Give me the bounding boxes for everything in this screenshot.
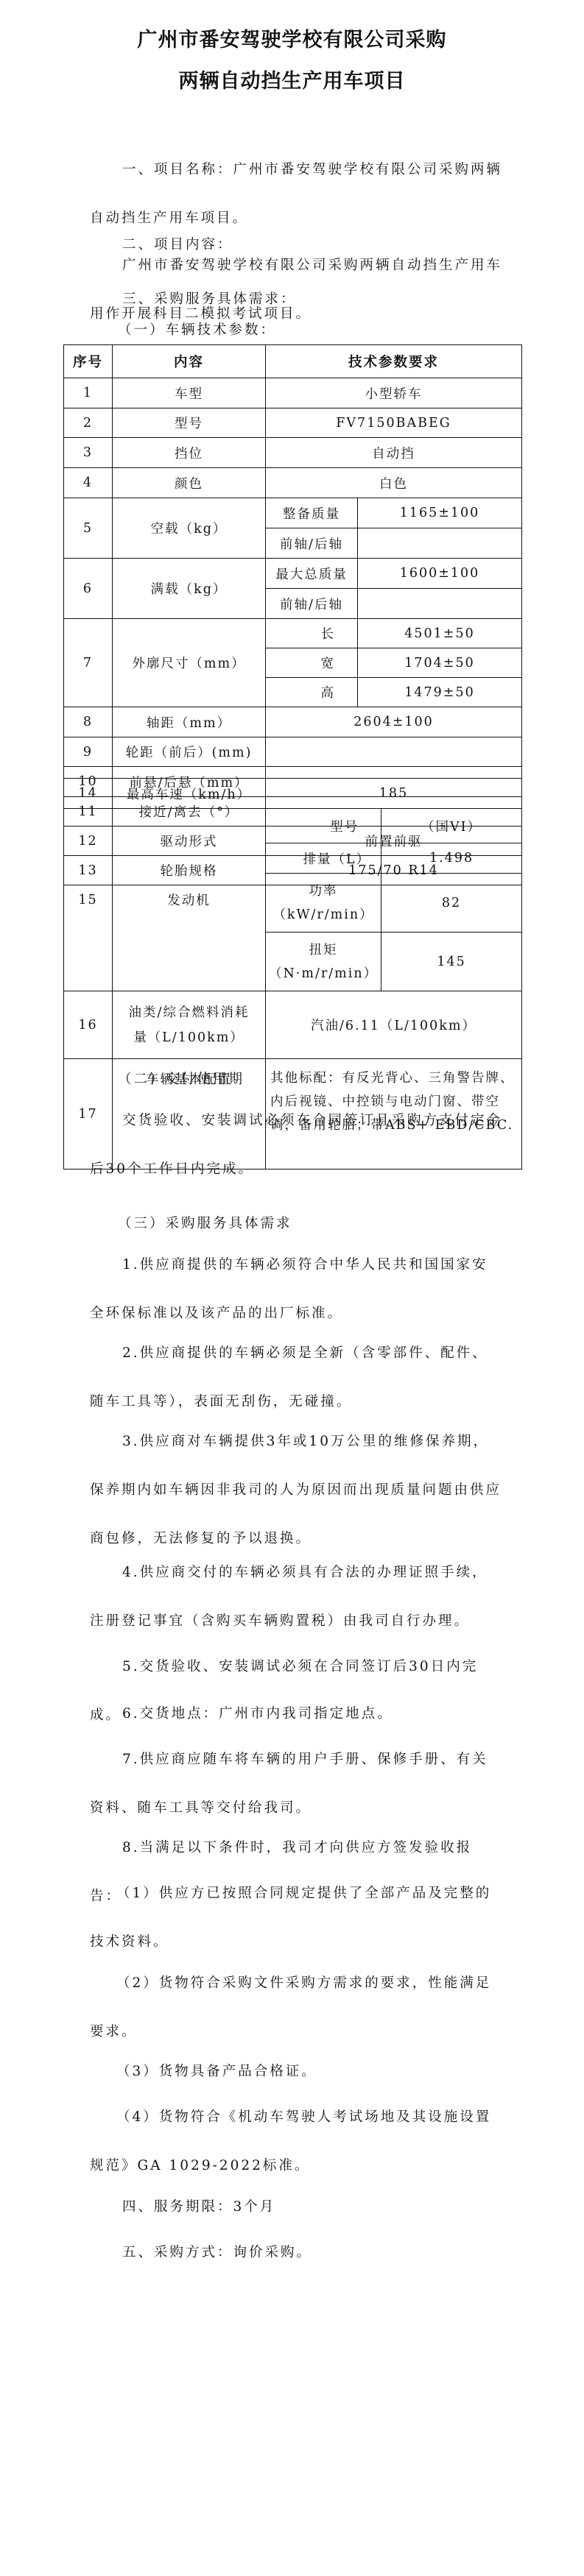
table-row: 14 最高车速（km/h） 185 <box>64 779 522 809</box>
row-item: 颜色 <box>113 468 266 498</box>
row-no: 2 <box>64 408 113 438</box>
table-row: 2 型号 FV7150BABEG <box>64 408 522 438</box>
row-no: 5 <box>64 498 113 559</box>
row-no: 7 <box>64 619 113 707</box>
row-no: 6 <box>64 559 113 619</box>
section-1-project-name: 一、项目名称：广州市番安驾驶学校有限公司采购两辆自动挡生产用车项目。 <box>90 146 502 243</box>
row-value: 185 <box>266 779 522 809</box>
row-value: 自动挡 <box>266 438 522 468</box>
title-line-1: 广州市番安驾驶学校有限公司采购 <box>0 24 584 52</box>
row-value: 1165±100 <box>358 498 522 528</box>
row-item: 轮距（前后）(mm) <box>113 737 266 767</box>
row-item: 型号 <box>113 408 266 438</box>
row-subitem: 长 <box>266 619 358 648</box>
subitem-line-2: （N·m/r/min） <box>269 962 378 986</box>
row-subitem: 前轴/后轴 <box>266 589 358 619</box>
section-3-heading: 三、采购服务具体需求： <box>122 289 297 308</box>
row-value: 4501±50 <box>358 619 522 648</box>
row-item: 发动机 <box>113 809 266 991</box>
requirement-7: 7.供应商应随车将车辆的用户手册、保修手册、有关资料、随车工具等交付给我司。 <box>90 1735 502 1833</box>
row-item: 满载（kg） <box>113 559 266 619</box>
delivery-period-body: 交货验收、安装调试必须在合同签订且采购方支付定金后30个工作日内完成。 <box>90 1097 502 1194</box>
subsection-3-heading: （三）采购服务具体需求 <box>118 1213 292 1232</box>
row-value <box>358 528 522 559</box>
row-value: 1704±50 <box>358 648 522 678</box>
row-subitem: 整备质量 <box>266 498 358 528</box>
subitem-line-2: （kW/r/min） <box>269 903 378 927</box>
table-row: 1 车型 小型轿车 <box>64 378 522 408</box>
item-line-2: 量（L/100km） <box>116 1025 262 1050</box>
row-value: FV7150BABEG <box>266 408 522 438</box>
condition-4: （4）货物符合《机动车驾驶人考试场地及其设施设置规范》GA 1029-2022标… <box>90 2093 502 2190</box>
condition-1: （1）供应方已按照合同规定提供了全部产品及完整的技术资料。 <box>90 1869 502 1967</box>
requirement-2: 2.供应商提供的车辆必须是全新（含零部件、配件、随车工具等），表面无刮伤，无碰撞… <box>90 1329 502 1426</box>
row-value: 82 <box>381 874 522 933</box>
row-value: （国VI） <box>381 809 522 843</box>
row-value: 汽油/6.11（L/100km） <box>266 991 522 1059</box>
row-no: 9 <box>64 737 113 767</box>
table-row: 9 轮距（前后）(mm) <box>64 737 522 767</box>
row-no: 8 <box>64 707 113 737</box>
condition-2: （2）货物符合采购文件采购方需求的要求，性能满足要求。 <box>90 1959 502 2056</box>
table-header-row: 序号 内容 技术参数要求 <box>64 345 522 378</box>
row-item: 外廓尺寸（mm） <box>113 619 266 707</box>
row-item: 车型 <box>113 378 266 408</box>
row-no: 3 <box>64 438 113 468</box>
row-value: 白色 <box>266 468 522 498</box>
requirement-3: 3.供应商对车辆提供3年或10万公里的维修保养期，保养期内如车辆因非我司的人为原… <box>90 1418 502 1563</box>
row-subitem: 高 <box>266 678 358 707</box>
row-value: 1479±50 <box>358 678 522 707</box>
header-no: 序号 <box>64 345 113 378</box>
row-value: 小型轿车 <box>266 378 522 408</box>
table-row: 15 发动机 型号 （国VI） <box>64 809 522 843</box>
row-value: 145 <box>381 933 522 991</box>
table-row: 16 油类/综合燃料消耗 量（L/100km） 汽油/6.11（L/100km） <box>64 991 522 1059</box>
subitem-line-1: 功率 <box>269 880 378 903</box>
condition-3: （3）货物具备产品合格证。 <box>90 2048 502 2096</box>
table-row: 4 颜色 白色 <box>64 468 522 498</box>
table-row: 3 挡位 自动挡 <box>64 438 522 468</box>
row-subitem: 功率 （kW/r/min） <box>266 874 381 933</box>
row-no: 1 <box>64 378 113 408</box>
requirement-1: 1.供应商提供的车辆必须符合中华人民共和国国家安全环保标准以及该产品的出厂标准。 <box>90 1241 502 1338</box>
subitem-line-1: 扭矩 <box>269 938 378 962</box>
section-4-service-period: 四、服务期限：3个月 <box>90 2183 502 2232</box>
row-value <box>358 589 522 619</box>
item-line-1: 油类/综合燃料消耗 <box>116 1000 262 1025</box>
row-subitem: 扭矩 （N·m/r/min） <box>266 933 381 991</box>
table-row: 6 满载（kg） 最大总质量 1600±100 <box>64 559 522 589</box>
header-item: 内容 <box>113 345 266 378</box>
title-line-2: 两辆自动挡生产用车项目 <box>0 65 584 93</box>
row-subitem: 最大总质量 <box>266 559 358 589</box>
subsection-1-heading: （一）车辆技术参数： <box>118 319 276 339</box>
requirement-6: 6.交货地点：广州市内我司指定地点。 <box>90 1690 502 1738</box>
table-row: 7 外廓尺寸（mm） 长 4501±50 <box>64 619 522 648</box>
row-value: 1.498 <box>381 843 522 874</box>
header-value: 技术参数要求 <box>266 345 522 378</box>
row-item: 挡位 <box>113 438 266 468</box>
row-item: 最高车速（km/h） <box>113 779 266 809</box>
row-no: 16 <box>64 991 113 1059</box>
row-subitem: 前轴/后轴 <box>266 528 358 559</box>
row-subitem: 排量（L） <box>266 843 381 874</box>
row-no: 4 <box>64 468 113 498</box>
row-no: 14 <box>64 779 113 809</box>
row-item: 空载（kg） <box>113 498 266 559</box>
row-value: 2604±100 <box>266 707 522 737</box>
row-item: 油类/综合燃料消耗 量（L/100km） <box>113 991 266 1059</box>
row-item: 轴距（mm） <box>113 707 266 737</box>
row-value <box>266 737 522 767</box>
table-row: 5 空载（kg） 整备质量 1165±100 <box>64 498 522 528</box>
section-5-procurement-method: 五、采购方式：询价采购。 <box>90 2229 502 2277</box>
table-row: 8 轴距（mm） 2604±100 <box>64 707 522 737</box>
row-subitem: 宽 <box>266 648 358 678</box>
row-no: 15 <box>64 809 113 991</box>
row-subitem: 型号 <box>266 809 381 843</box>
requirement-4: 4.供应商交付的车辆必须具有合法的办理证照手续，注册登记事宜（含购买车辆购置税）… <box>90 1549 502 1646</box>
row-value: 1600±100 <box>358 559 522 589</box>
subsection-2-heading: （二）交付使用期 <box>118 1069 244 1088</box>
